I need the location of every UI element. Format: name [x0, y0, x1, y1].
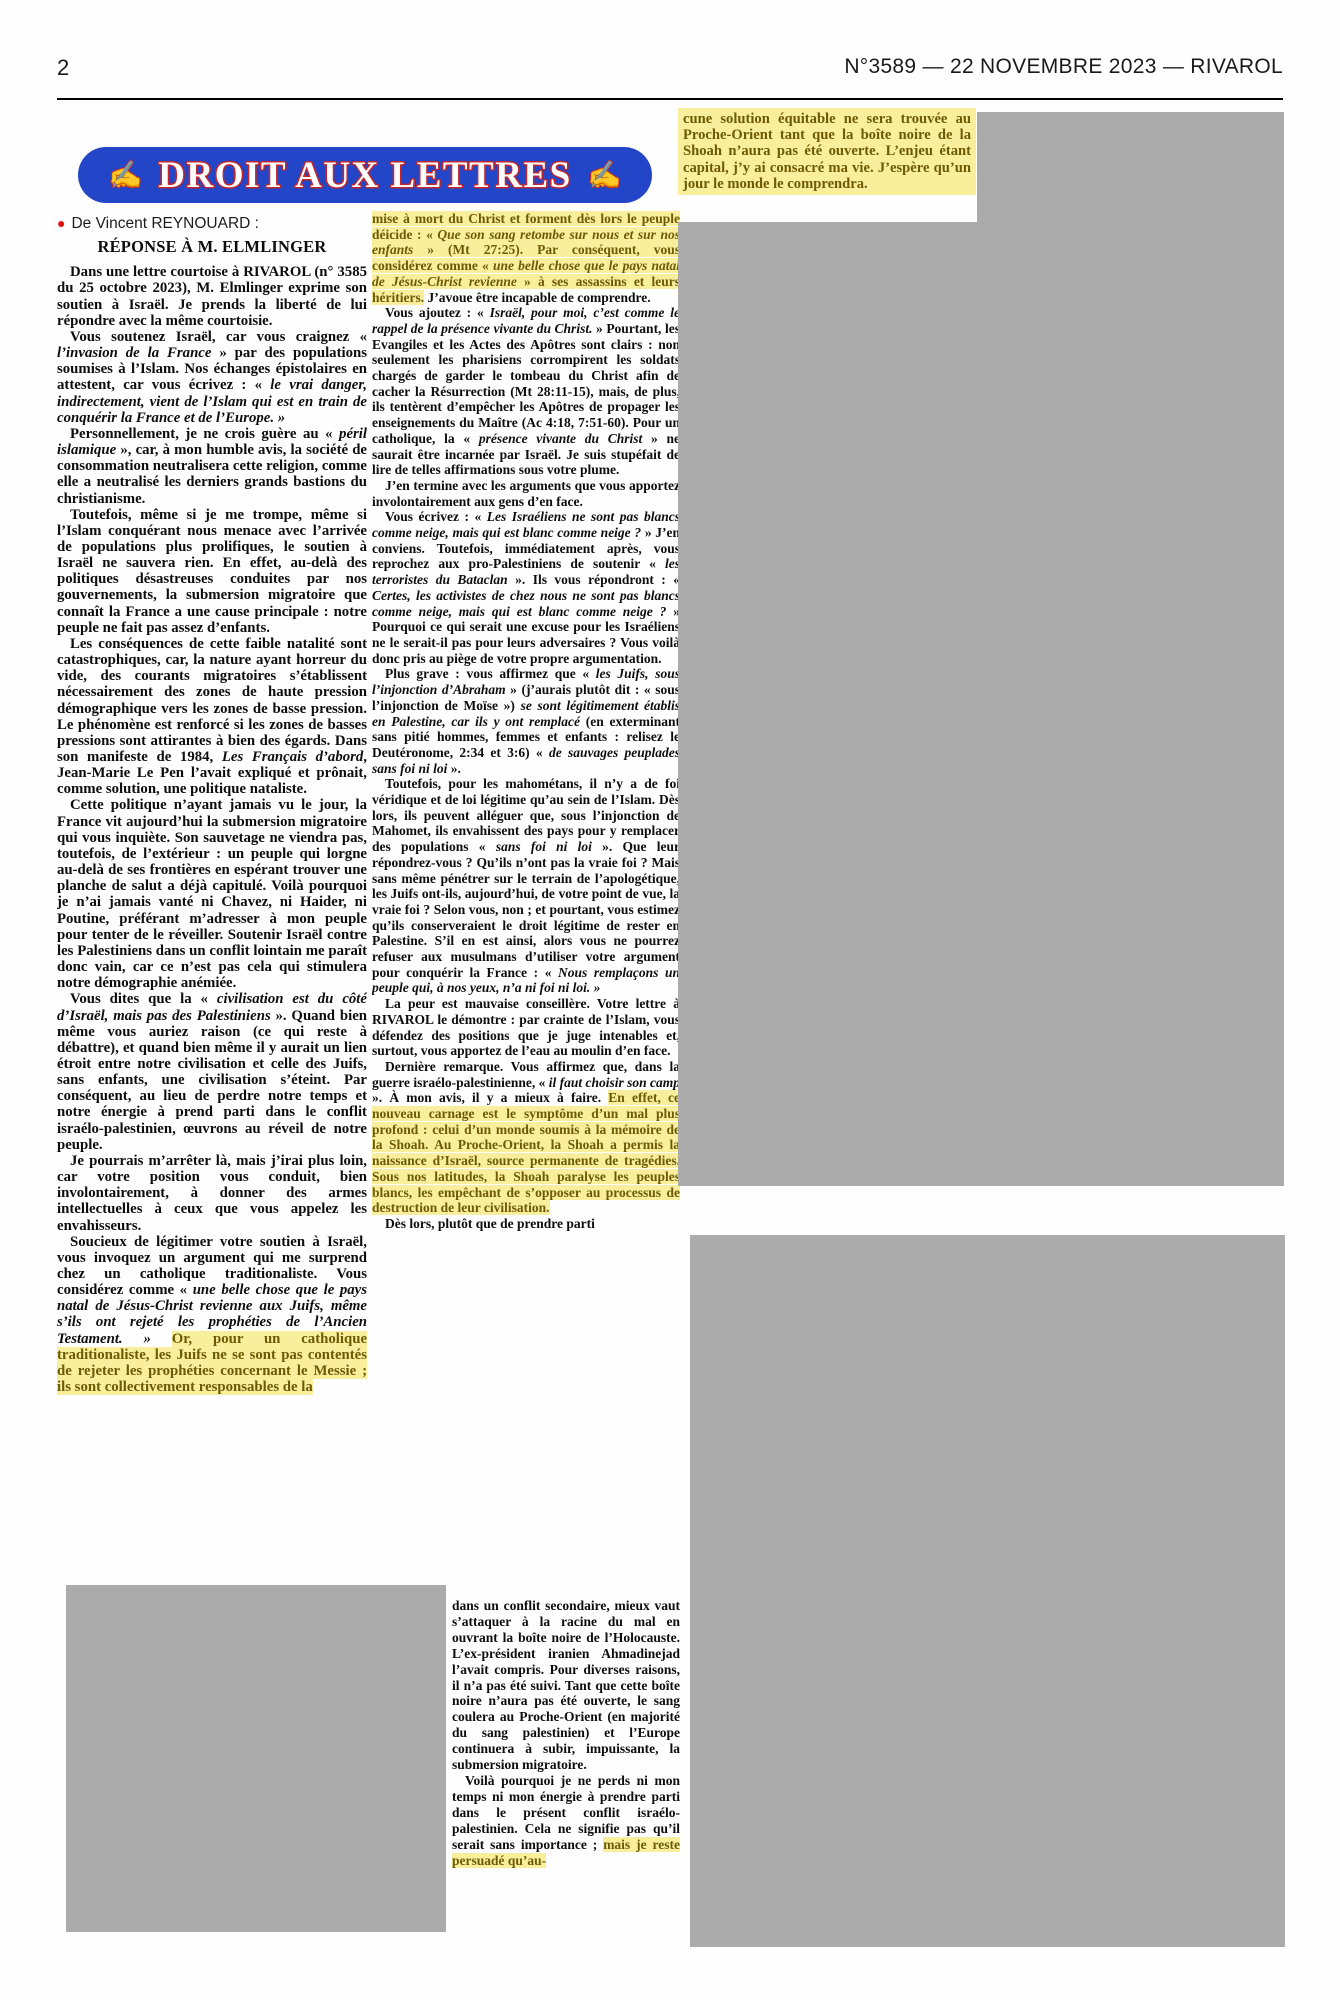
paragraph: Vous écrivez : « Les Israéliens ne sont …: [372, 509, 680, 666]
image-placeholder-bottom-right: [690, 1235, 1285, 1947]
paragraph: Cette politique n’ayant jamais vu le jou…: [57, 797, 367, 991]
paragraph: Voilà pourquoi je ne perds ni mon temps …: [452, 1773, 680, 1868]
paragraph: Dans une lettre courtoise à RIVAROL (n° …: [57, 264, 367, 329]
paragraph: dans un conflit secondaire, mieux vaut s…: [452, 1598, 680, 1773]
paragraph: Les conséquences de cette faible natalit…: [57, 636, 367, 798]
byline-author: De Vincent REYNOUARD :: [71, 215, 259, 232]
paragraph: cune solution équitable ne sera trouvée …: [683, 111, 971, 192]
header-rule: [57, 98, 1283, 100]
red-bullet-icon: ●: [57, 215, 65, 231]
paragraph: Dès lors, plutôt que de prendre parti: [372, 1216, 680, 1232]
image-placeholder-top-strip: [977, 112, 1284, 222]
paragraph: Personnellement, je ne crois guère au « …: [57, 426, 367, 507]
column-1: ●De Vincent REYNOUARD : RÉPONSE À M. ELM…: [57, 215, 367, 1585]
paragraph: Je pourrais m’arrêter là, mais j’irai pl…: [57, 1153, 367, 1234]
section-banner-title: DROIT AUX LETTRES: [158, 154, 571, 197]
paragraph: Vous ajoutez : « Israël, pour moi, c’est…: [372, 305, 680, 478]
byline: ●De Vincent REYNOUARD :: [57, 215, 367, 232]
writing-hand-icon-right: ✍: [588, 162, 622, 189]
page-number: 2: [57, 55, 69, 81]
paragraph: Soucieux de légitimer votre soutien à Is…: [57, 1234, 367, 1396]
paragraph: mise à mort du Christ et forment dès lor…: [372, 211, 680, 305]
section-banner: ✍ DROIT AUX LETTRES ✍: [78, 147, 652, 203]
column-2: mise à mort du Christ et forment dès lor…: [372, 211, 680, 1598]
column-3-intro-text: cune solution équitable ne sera trouvée …: [683, 111, 971, 192]
paragraph: Toutefois, pour les mahométans, il n’y a…: [372, 776, 680, 996]
article-heading: RÉPONSE À M. ELMLINGER: [57, 239, 367, 255]
paragraph: Plus grave : vous affirmez que « les Jui…: [372, 666, 680, 776]
paragraph: J’en termine avec les arguments que vous…: [372, 478, 680, 509]
image-placeholder-bottom-left: [66, 1585, 446, 1932]
paragraph: Toutefois, même si je me trompe, même si…: [57, 507, 367, 636]
column-2-continuation: dans un conflit secondaire, mieux vaut s…: [452, 1598, 680, 1932]
writing-hand-icon-left: ✍: [109, 162, 143, 189]
column-3-highlighted-intro: cune solution équitable ne sera trouvée …: [678, 108, 976, 195]
paragraph: Dernière remarque. Vous affirmez que, da…: [372, 1059, 680, 1216]
image-placeholder-main: [678, 222, 1284, 1186]
paragraph: Vous dites que la « civilisation est du …: [57, 991, 367, 1153]
column-2-continuation-text: dans un conflit secondaire, mieux vaut s…: [452, 1598, 680, 1868]
paragraph: La peur est mauvaise conseillère. Votre …: [372, 996, 680, 1059]
paragraph: Vous soutenez Israël, car vous craignez …: [57, 329, 367, 426]
column-2-text: mise à mort du Christ et forment dès lor…: [372, 211, 680, 1232]
issue-line: N°3589 — 22 NOVEMBRE 2023 — RIVAROL: [844, 55, 1283, 79]
column-1-text: Dans une lettre courtoise à RIVAROL (n° …: [57, 264, 367, 1395]
newspaper-page: 2 N°3589 — 22 NOVEMBRE 2023 — RIVAROL ✍ …: [0, 0, 1340, 2000]
